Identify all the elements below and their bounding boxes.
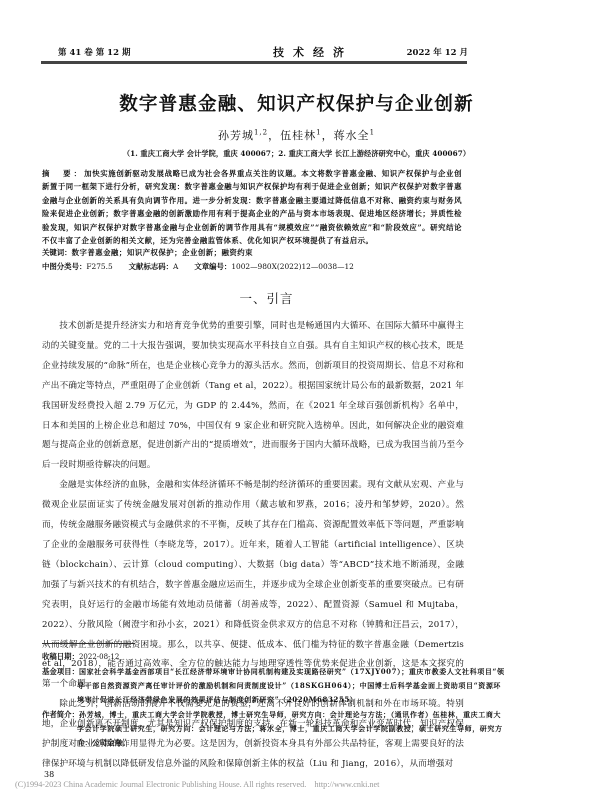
author-bio: 作者简介：孙芳城，博士，重庆工商大学会计学院教授，博士研究生导师，研究方向：会计… (42, 708, 505, 751)
abstract-text: 加快实施创新驱动发展战略已成为社会各界重点关注的议题。本文将数字普惠金融、知识产… (42, 169, 462, 245)
abstract: 摘 要：加快实施创新驱动发展战略已成为社会各界重点关注的议题。本文将数字普惠金融… (42, 167, 462, 247)
affiliations: （1. 重庆工商大学 会计学院，重庆 400067；2. 重庆工商大学 长江上游… (0, 149, 593, 159)
journal-name: 技术经济 (273, 44, 353, 60)
clc-label: 中图分类号： (42, 262, 86, 271)
article-title: 数字普惠金融、知识产权保护与企业创新 (0, 90, 593, 116)
received-date: 收稿日期：2022-08-12 (42, 650, 470, 664)
author-affil-mark: 1,2 (254, 128, 268, 136)
fund-info: 基金项目：国家社会科学基金西部项目“长江经济带环境审计协同机制构建及实现路径研究… (42, 665, 505, 708)
keywords-text: 数字普惠金融；知识产权保护；企业创新；融资约束 (72, 248, 254, 257)
copyright-notice: (C)1994-2023 China Academic Journal Elec… (15, 780, 379, 789)
clc-value: F275.5 (86, 262, 112, 271)
header-rule (41, 61, 467, 64)
volume-issue: 第 41 卷 第 12 期 (58, 46, 130, 58)
article-no-value: 1002—980X(2022)12—0038—12 (231, 262, 354, 271)
bio-label: 作者简介： (42, 710, 79, 719)
keywords: 关键词：数字普惠金融；知识产权保护；企业创新；融资约束 (42, 247, 253, 258)
author-name: 孙芳城 (218, 129, 254, 142)
doc-code-label: 文献标志码： (129, 262, 173, 271)
issue-date: 2022 年 12 月 (398, 46, 468, 58)
fund-text: 国家社会科学基金西部项目“长江经济带环境审计协同机制构建及实现路径研究”（17X… (77, 667, 505, 704)
footnote-rule (42, 643, 135, 644)
running-head: 第 41 卷 第 12 期 技术经济 2022 年 12 月 (58, 44, 468, 60)
received-value: 2022-08-12 (79, 653, 119, 661)
fund-label: 基金项目： (42, 667, 79, 676)
page-number: 38 (44, 770, 54, 779)
author-affil-mark: 1 (370, 128, 375, 136)
classification-line: 中图分类号：F275.5文献标志码：A文章编号：1002—980X(2022)1… (42, 261, 354, 272)
bio-text: 孙芳城，博士，重庆工商大学会计学院教授，博士研究生导师，研究方向：会计理论与方法… (77, 710, 503, 747)
author-list: 孙芳城1,2，伍桂林1，蒋水全1 (0, 127, 593, 143)
section-heading: 一、引言 (0, 289, 533, 307)
article-no-label: 文章编号： (194, 262, 231, 271)
received-label: 收稿日期： (42, 652, 79, 661)
abstract-label: 摘 要： (42, 169, 84, 178)
author-affil-mark: 1 (316, 128, 321, 136)
paragraph: 技术创新是提升经济实力和培育竞争优势的重要引擎，同时也是畅通国内大循环、在国际大… (42, 317, 464, 476)
author-name: 蒋水全 (334, 129, 370, 142)
doc-code-value: A (173, 262, 178, 271)
journal-page: 第 41 卷 第 12 期 技术经济 2022 年 12 月 数字普惠金融、知识… (0, 0, 593, 803)
author-name: 伍桂林 (280, 129, 316, 142)
keywords-label: 关键词： (42, 248, 72, 257)
